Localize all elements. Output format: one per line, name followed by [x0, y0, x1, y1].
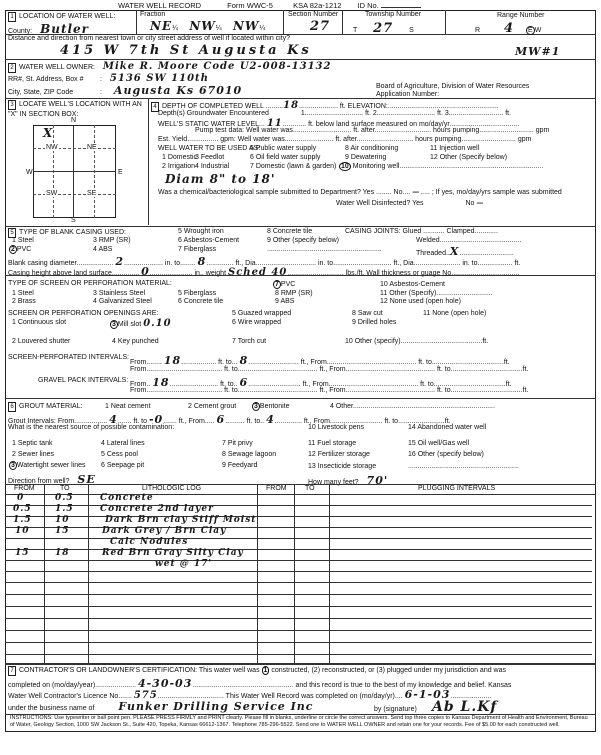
- locate-section-title: 3LOCATE WELL'S LOCATION WITH AN "X" IN S…: [8, 100, 148, 119]
- compass-south: S: [71, 217, 76, 224]
- opening-2[interactable]: 2 Louvered shutter: [12, 338, 70, 345]
- fraction-label: Fraction: [140, 11, 165, 18]
- contam-8[interactable]: 8 Sewage lagoon: [222, 451, 276, 458]
- contam-6[interactable]: 6 Seepage pit: [101, 462, 144, 469]
- compass-west: W: [26, 169, 33, 176]
- use-1[interactable]: 1 Domestic: [162, 154, 197, 161]
- screen-9[interactable]: 9 ABS: [275, 298, 294, 305]
- grout-2[interactable]: 2 Cement grout: [188, 403, 236, 410]
- casing-1[interactable]: 1 Steel: [12, 237, 34, 244]
- casing-3[interactable]: 3 RMP (SR): [93, 237, 131, 244]
- pump-test-row[interactable]: Pump test data: Well water was..........…: [195, 127, 549, 134]
- groundwater-field[interactable]: Depth(s) Groundwater Encountered 1......…: [158, 110, 511, 117]
- contamination-label: What is the nearest source of possible c…: [8, 424, 174, 431]
- casing-7[interactable]: 7 Fiberglass: [178, 246, 216, 253]
- county-field[interactable]: County: Butler: [8, 22, 89, 36]
- casing-height-row[interactable]: Casing height above land surface........…: [8, 265, 519, 278]
- contam-12[interactable]: 12 Fertilizer storage: [308, 451, 370, 458]
- section-number-value[interactable]: 27: [310, 19, 330, 34]
- address-value: 5136 SW 110th: [110, 73, 209, 84]
- screen-6[interactable]: 6 Concrete tile: [178, 298, 223, 305]
- distance-feet-field[interactable]: How many feet? 70': [308, 474, 388, 487]
- chem-sample-row[interactable]: Was a chemical/bacteriological sample su…: [158, 187, 562, 196]
- quadrant-sw: SW: [45, 190, 58, 197]
- opening-11[interactable]: 11 None (open hole): [423, 310, 486, 317]
- grout-3-bentonite-selected[interactable]: 3Bentonite: [252, 402, 290, 411]
- screen-intervals-label: SCREEN-PERFORATED INTERVALS:: [8, 354, 129, 361]
- distance-label: Distance and direction from nearest town…: [8, 35, 290, 42]
- screen-8[interactable]: 8 RMP (SR): [275, 290, 313, 297]
- screen-3[interactable]: 3 Stainless Steel: [93, 290, 145, 297]
- contam-7[interactable]: 7 Pit privy: [222, 440, 253, 447]
- instructions-text: INSTRUCTIONS: Use typewriter or ball poi…: [10, 715, 590, 729]
- opening-3-mill-slot-selected[interactable]: 3Mill slot 0.10: [110, 318, 172, 329]
- contam-14[interactable]: 14 Abandoned water well: [408, 424, 486, 431]
- section-number-label: Section Number: [288, 11, 338, 18]
- contam-16[interactable]: 16 Other (specify below): [408, 451, 484, 458]
- log-header-lithologic: LITHOLOGIC LOG: [142, 485, 201, 492]
- ksa-number: KSA 82a-1212: [293, 1, 341, 10]
- gravel-interval-row-2[interactable]: From....................................…: [130, 387, 528, 394]
- township-field[interactable]: T 27 S: [353, 21, 414, 36]
- business-name-value: Funker Drilling Service Inc: [118, 700, 313, 713]
- est-yield-row[interactable]: Est. Yield................ gpm: Well wat…: [158, 136, 531, 143]
- gravel-intervals-label: GRAVEL PACK INTERVALS:: [38, 377, 128, 384]
- grout-4[interactable]: 4 Other.................................…: [330, 403, 495, 410]
- opening-5[interactable]: 5 Guazed wrapped: [232, 310, 291, 317]
- disinfected-row[interactable]: Water Well Disinfected? Yes No —: [336, 198, 484, 207]
- casing-joints-field[interactable]: CASING JOINTS: Glued ........... Clamped…: [345, 228, 498, 235]
- opening-8[interactable]: 8 Saw cut: [352, 310, 383, 317]
- use-8[interactable]: 8 Air conditioning: [345, 145, 398, 152]
- use-6[interactable]: 6 Oil field water supply: [250, 154, 320, 161]
- quadrant-se: SE: [86, 190, 97, 197]
- grout-1[interactable]: 1 Neat cement: [105, 403, 151, 410]
- form-number: Form WWC-5: [227, 1, 273, 10]
- contam-5[interactable]: 5 Cess pool: [101, 451, 138, 458]
- contam-13[interactable]: 13 Insecticide storage: [308, 463, 376, 470]
- log-row[interactable]: [5, 619, 592, 631]
- casing-2-pvc-selected[interactable]: 2PVC: [9, 245, 31, 254]
- use-10-selected[interactable]: 10 Monitoring well......................…: [339, 162, 543, 171]
- use-3[interactable]: 3 Feedlot: [195, 154, 224, 161]
- board-label: Board of Agriculture, Division of Water …: [376, 83, 529, 90]
- log-row[interactable]: [5, 631, 592, 643]
- screen-interval-row-2[interactable]: From....................................…: [130, 366, 528, 373]
- use-note-value: Diam 8" to 18': [165, 172, 276, 186]
- screen-1[interactable]: 1 Steel: [12, 290, 34, 297]
- log-header-from: FROM: [14, 485, 35, 492]
- plug-header-to: TO: [305, 485, 315, 492]
- location-section-title: 1LOCATION OF WATER WELL:: [8, 12, 115, 22]
- id-label: ID No.: [358, 1, 379, 10]
- opening-7[interactable]: 7 Torch cut: [232, 338, 266, 345]
- screen-7-pvc-selected[interactable]: 7PVC: [273, 280, 295, 289]
- fraction-field[interactable]: NE¼ NW¼ NW¼: [150, 19, 265, 33]
- owner-field[interactable]: 2WATER WELL OWNER: Mike R. Moore Code U2…: [8, 61, 331, 73]
- openings-title: SCREEN OR PERFORATION OPENINGS ARE:: [8, 310, 158, 317]
- location-x-mark: X: [43, 126, 53, 140]
- screen-2[interactable]: 2 Brass: [12, 298, 36, 305]
- contam-2[interactable]: 2 Sewer lines: [12, 451, 54, 458]
- city-field[interactable]: City, State, ZIP Code: Augusta Ks 67010: [8, 84, 242, 97]
- screen-4[interactable]: 4 Galvanized Steel: [93, 298, 152, 305]
- business-name-row[interactable]: under the business name of Funker Drilli…: [8, 700, 313, 713]
- contam-4[interactable]: 4 Lateral lines: [101, 440, 145, 447]
- distance-feet-value: 70': [367, 474, 389, 487]
- casing-8[interactable]: 8 Concrete tile: [267, 228, 312, 235]
- screen-10[interactable]: 10 Asbestos-Cement: [380, 281, 445, 288]
- contam-3-watertight-selected[interactable]: 3Watertight sewer lines: [9, 461, 86, 470]
- use-9[interactable]: 9 Dewatering: [345, 154, 386, 161]
- use-7[interactable]: 7 Domestic (lawn & garden): [250, 163, 336, 170]
- screen-11[interactable]: 11 Other (Specify)......................…: [380, 290, 493, 297]
- range-field[interactable]: R 4 EW: [475, 21, 541, 36]
- form-title: WATER WELL RECORD: [118, 1, 201, 10]
- log-row[interactable]: [5, 607, 592, 619]
- compass-north: N: [71, 117, 76, 124]
- contam-9[interactable]: 9 Feedyard: [222, 462, 257, 469]
- distance-value[interactable]: 415 W 7th St Augusta Ks: [60, 43, 312, 58]
- log-header-to: TO: [60, 485, 70, 492]
- use-label: WELL WATER TO BE USED AS:: [158, 145, 260, 152]
- quadrant-nw: NW: [45, 144, 59, 151]
- quadrant-ne: NE: [86, 144, 98, 151]
- casing-4[interactable]: 4 ABS: [93, 246, 112, 253]
- opening-9[interactable]: 9 Drilled holes: [352, 319, 396, 326]
- owner-value: Mike R. Moore Code U2-008-13132: [103, 61, 332, 72]
- use-5[interactable]: 5 Public water supply: [250, 145, 316, 152]
- contam-15[interactable]: 15 Oil well/Gas well: [408, 440, 469, 447]
- township-label: Township Number: [365, 11, 421, 18]
- contam-10[interactable]: 10 Livestock pens: [308, 424, 364, 431]
- contam-1[interactable]: 1 Septic tank: [12, 440, 52, 447]
- county-value: Butler: [40, 22, 89, 36]
- plug-header-intervals: PLUGGING INTERVALS: [418, 485, 495, 492]
- plug-header-from: FROM: [266, 485, 287, 492]
- welded-field[interactable]: Welded..................................…: [416, 237, 521, 244]
- signature-label: by (signature): [374, 706, 417, 713]
- screen-material-title: TYPE OF SCREEN OR PERFORATION MATERIAL:: [8, 280, 172, 287]
- log-row[interactable]: [5, 583, 592, 595]
- use-11[interactable]: 11 Injection well: [430, 145, 479, 152]
- screen-5[interactable]: 5 Fiberglass: [178, 290, 216, 297]
- use-2[interactable]: 2 Irrigation: [162, 163, 195, 170]
- compass-east: E: [118, 169, 123, 176]
- log-row[interactable]: [5, 571, 592, 583]
- screen-12[interactable]: 12 None used (open hole): [380, 298, 461, 305]
- range-label: Range Number: [497, 12, 544, 19]
- opening-10[interactable]: 10 Other (specify)......................…: [345, 338, 488, 345]
- city-value: Augusta Ks 67010: [114, 84, 242, 97]
- address-field[interactable]: RR#, St. Address, Box #: 5136 SW 110th: [8, 73, 209, 84]
- casing-5[interactable]: 5 Wrought iron: [178, 228, 224, 235]
- contam-11[interactable]: 11 Fuel storage: [308, 440, 356, 447]
- use-12[interactable]: 12 Other (Specify below): [430, 154, 507, 161]
- opening-4[interactable]: 4 Key punched: [112, 338, 159, 345]
- signature-value[interactable]: Ab L.Kf: [432, 699, 497, 715]
- grout-material-title: 6GROUT MATERIAL:: [8, 402, 83, 412]
- application-number-field[interactable]: Application Number:: [376, 91, 439, 98]
- opening-6[interactable]: 6 Wire wrapped: [232, 319, 281, 326]
- use-4[interactable]: 4 Industrial: [195, 163, 229, 170]
- casing-9[interactable]: 9 Other (specify below): [267, 237, 339, 244]
- certification-row-1: 7CONTRACTOR'S OR LANDOWNER'S CERTIFICATI…: [8, 666, 506, 676]
- casing-6[interactable]: 6 Asbestos-Cement: [178, 237, 239, 244]
- log-row[interactable]: [5, 595, 592, 607]
- log-row[interactable]: [5, 643, 592, 655]
- form-header: WATER WELL RECORD Form WWC-5 KSA 82a-121…: [118, 1, 421, 10]
- well-id-value: MW#1: [515, 45, 560, 58]
- opening-1[interactable]: 1 Continuous slot: [12, 319, 66, 326]
